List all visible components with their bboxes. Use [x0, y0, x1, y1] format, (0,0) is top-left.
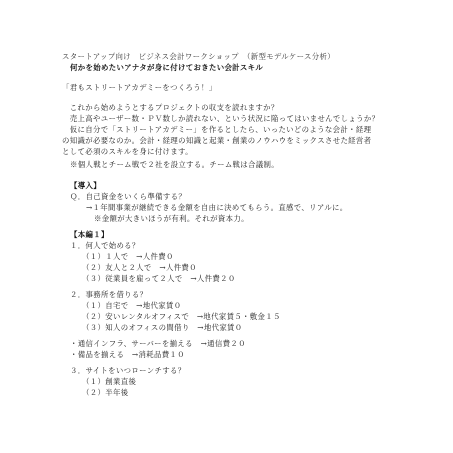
- q1-option-1: （１）１人で →人件費０: [82, 252, 174, 262]
- document-page: スタートアップ向け ビジネス会計ワークショップ （新型モデルケース分析） 何かを…: [0, 0, 453, 453]
- bullet-item-2: ・備品を揃える →消耗品費１０: [70, 350, 185, 360]
- main-section-heading: 【本編１】: [70, 230, 109, 240]
- intro-line-4: の知識が必要なのか。会計・経理の知識と起業・創業のノウハウをミックスさせた経営者: [62, 136, 371, 146]
- q3-option-2: （２）半年後: [82, 388, 128, 398]
- intro-line-5: として必須のスキルを身に付けます。: [62, 147, 193, 157]
- intro-line-3: 仮に自分で「ストリートアカデミー」を作るとしたら、いったいどのような会計・経理: [62, 125, 371, 135]
- intro-line-2: 売上高やユーザー数・ＰＶ数しか読れない、という状況に陥ってはいませんでしょうか？: [62, 114, 379, 124]
- q2-question: ２．事務所を借りる？: [70, 290, 147, 300]
- q3-question: ３．サイトをいつローンチする？: [70, 366, 185, 376]
- q1-question: １．何人で始める？: [70, 241, 140, 251]
- slogan: 「君もストリートアカデミーをつくろう！」: [62, 83, 217, 93]
- q1-option-3: （３）従業員を雇って２人で →人件費２０: [82, 274, 236, 284]
- q2-option-2: （２）安いレンタルオフィスで →地代家賃５・敷金１５: [82, 312, 281, 322]
- q3-option-1: （１）創業直後: [82, 377, 136, 387]
- bullet-item-1: ・通信インフラ、サーバーを揃える →通信費２０: [70, 339, 246, 349]
- intro-line-1: これから始めようとするプロジェクトの収支を読れますか？: [62, 103, 279, 113]
- q2-option-3: （３）知人のオフィスの間借り →地代家賃０: [82, 323, 243, 333]
- document-subtitle: スタートアップ向け ビジネス会計ワークショップ （新型モデルケース分析）: [62, 52, 335, 62]
- intro-answer-2: ※金額が大きいほうが有利。それが資本力。: [94, 214, 249, 224]
- intro-section-heading: 【導入】: [70, 181, 101, 191]
- note-line: ※個人戦とチーム戦で２社を設立する。チーム戦は合議制。: [70, 160, 279, 170]
- intro-question: Ｑ．自己資金をいくら準備する？: [70, 192, 186, 202]
- document-title: 何かを始めたいアナタが身に付けておきたい会計スキル: [70, 63, 263, 73]
- q1-option-2: （２）友人と２人で →人件費０: [82, 263, 197, 273]
- q2-option-1: （１）自宅で →地代家賃０: [82, 301, 181, 311]
- intro-answer-1: →１年間事業が継続できる金額を自由に決めてもらう。直感で、リアルに。: [86, 203, 348, 213]
